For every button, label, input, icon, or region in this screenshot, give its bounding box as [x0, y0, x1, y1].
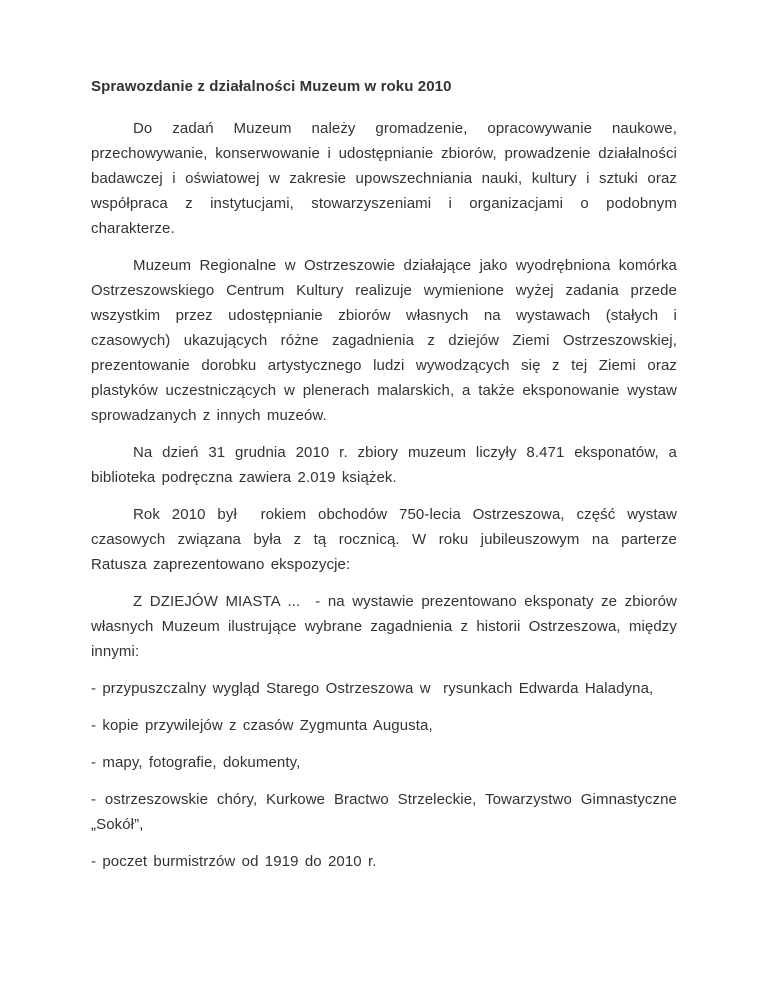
paragraph-museum-regional: Muzeum Regionalne w Ostrzeszowie działaj…	[91, 253, 677, 428]
list-item-maps: - mapy, fotografie, dokumenty,	[91, 750, 677, 775]
paragraph-collection-counts: Na dzień 31 grudnia 2010 r. zbiory muzeu…	[91, 440, 677, 490]
list-item-mayors: - poczet burmistrzów od 1919 do 2010 r.	[91, 849, 677, 874]
document-title: Sprawozdanie z działalności Muzeum w rok…	[91, 74, 677, 99]
paragraph-exhibition-intro: Z DZIEJÓW MIASTA ... - na wystawie preze…	[91, 589, 677, 664]
list-item-societies: - ostrzeszowskie chóry, Kurkowe Bractwo …	[91, 787, 677, 837]
list-item-privileges: - kopie przywilejów z czasów Zygmunta Au…	[91, 713, 677, 738]
paragraph-tasks: Do zadań Muzeum należy gromadzenie, opra…	[91, 116, 677, 241]
paragraph-anniversary: Rok 2010 był rokiem obchodów 750-lecia O…	[91, 502, 677, 577]
document-page: Sprawozdanie z działalności Muzeum w rok…	[0, 0, 768, 994]
list-item-drawings: - przypuszczalny wygląd Starego Ostrzesz…	[91, 676, 677, 701]
